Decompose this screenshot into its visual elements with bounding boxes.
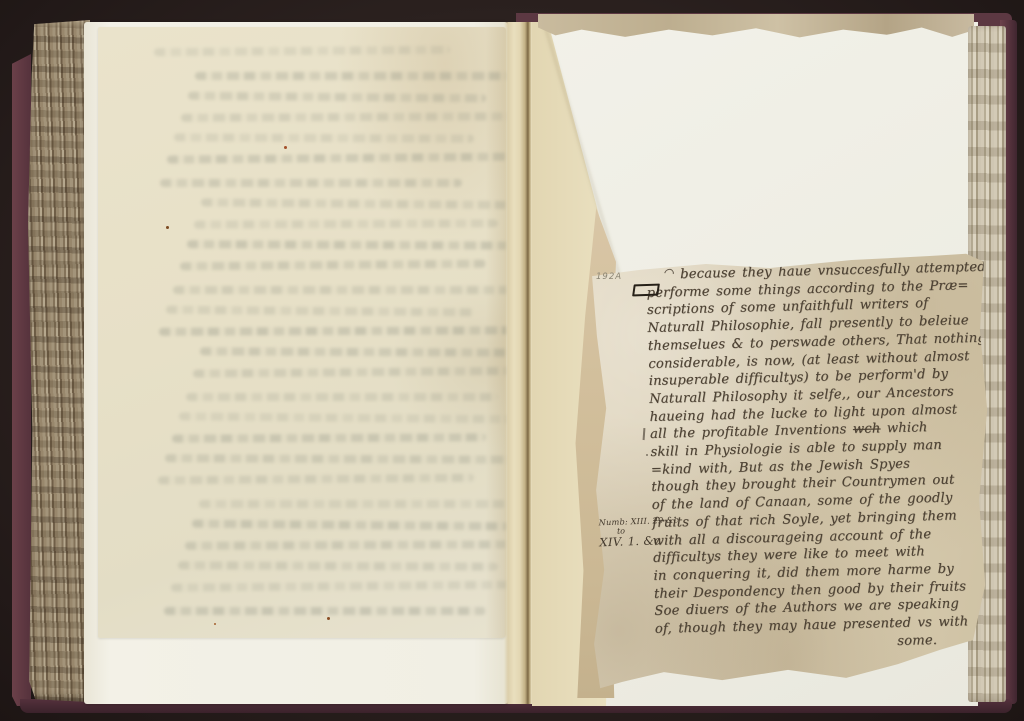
ghost-text-line [167,152,534,163]
foxing-spot [284,146,287,149]
ghost-text-line [181,112,546,122]
ghost-text-line [154,46,450,57]
book-photograph: because they haue vnsuccesfully attempte… [0,0,1024,721]
ghost-text-line [164,607,486,615]
ghost-text-line [192,519,510,530]
ghost-text-line [187,240,558,250]
ghost-text-line [173,286,546,294]
cover-edge-left [12,54,31,706]
ghost-text-line [166,305,474,316]
ghost-text-line [188,91,486,102]
ghost-text-line [180,260,486,271]
deckled-page-edges [28,20,90,702]
ghost-text-line [186,393,498,401]
ghost-text-line [165,454,546,464]
ink-tick [643,428,645,440]
ghost-text-line [171,580,558,591]
manuscript-lines: because they haue vnsuccesfully attempte… [646,259,991,639]
manuscript-fragment: because they haue vnsuccesfully attempte… [586,252,990,698]
ghost-text-line [174,133,474,142]
ghost-text-line [194,220,498,229]
ghost-text-line [158,474,474,485]
ghost-text-line [159,326,534,336]
margin-note: Numb: XIII. 29 &c to XIV. 1. &c [599,515,680,548]
ghost-text-line [179,412,558,423]
ghost-text-line [172,434,486,443]
folio-annotation: 192A [596,272,622,282]
ink-dot [646,454,648,456]
foxing-spot [327,617,330,620]
ghost-text-line [200,347,510,356]
foxing-spot [166,226,169,229]
foxing-spot [214,623,216,625]
ghost-text-line [178,561,498,570]
manuscript-text: because they haue vnsuccesfully attempte… [646,259,991,657]
left-leaf [98,27,506,638]
bleedthrough-lines [128,37,506,637]
ink-rectangle-mark [632,284,660,297]
ghost-text-line [160,179,462,187]
